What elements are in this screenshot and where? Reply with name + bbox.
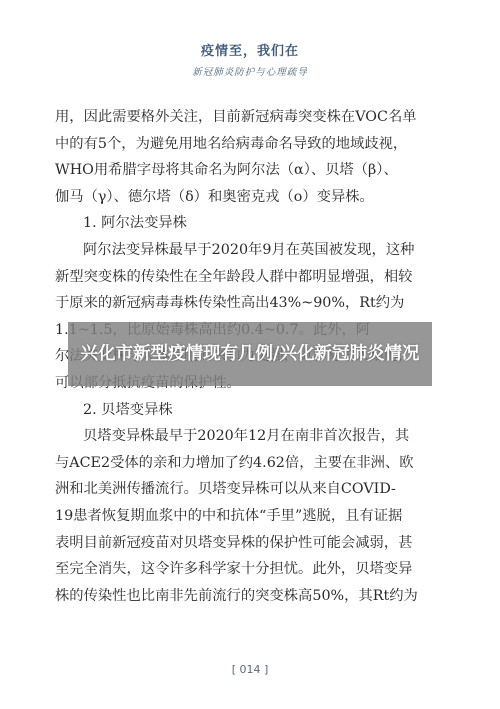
section-heading-alpha: 1. 阿尔法变异株 xyxy=(55,210,433,237)
header-title: 疫情至，我们在 xyxy=(0,40,500,59)
text-line: 阿尔法变异株最早于2020年9月在英国被发现，这种 xyxy=(55,237,433,264)
text-line: 株的传染性也比南非先前流行的突变株高50%，其Rt约为 xyxy=(55,583,433,610)
title-overlay-banner: 兴化市新型疫情现有几例/兴化新冠肺炎情况 xyxy=(68,322,432,386)
text-line: 用，因此需要格外关注，目前新冠病毒突变株在VOC名单 xyxy=(55,104,433,131)
section-heading-beta: 2. 贝塔变异株 xyxy=(55,397,433,424)
text-line: 与ACE2受体的亲和力增加了约4.62倍，主要在非洲、欧 xyxy=(55,450,433,477)
text-line: 新型突变株的传染性在全年龄段人群中都明显增强，相较 xyxy=(55,264,433,291)
text-line: 19患者恢复期血浆中的中和抗体“手里”逃脱，且有证据 xyxy=(55,503,433,530)
page-number: [ 014 ] xyxy=(0,663,500,676)
text-line: 洲和北美洲传播流行。贝塔变异株可以从来自COVID- xyxy=(55,476,433,503)
text-line: 中的有5个，为避免用地名给病毒命名导致的地域歧视， xyxy=(55,131,433,158)
text-line: 贝塔变异株最早于2020年12月在南非首次报告，其 xyxy=(55,423,433,450)
text-line: 表明目前新冠疫苗对贝塔变异株的保护性可能会减弱，甚 xyxy=(55,530,433,557)
text-line: WHO用希腊字母将其命名为阿尔法（α）、贝塔（β）、 xyxy=(55,157,433,184)
page-header: 疫情至，我们在 新冠肺炎防护与心理疏导 xyxy=(0,40,500,78)
text-line: 伽马（γ）、德尔塔（δ）和奥密克戎（ο）变异株。 xyxy=(55,184,433,211)
overlay-title: 兴化市新型疫情现有几例/兴化新冠肺炎情况 xyxy=(75,342,426,366)
header-subtitle: 新冠肺炎防护与心理疏导 xyxy=(0,64,500,78)
text-line: 于原来的新冠病毒毒株传染性高出43%~90%，Rt约为 xyxy=(55,290,433,317)
text-line: 至完全消失，这令许多科学家十分担忧。此外，贝塔变异 xyxy=(55,556,433,583)
